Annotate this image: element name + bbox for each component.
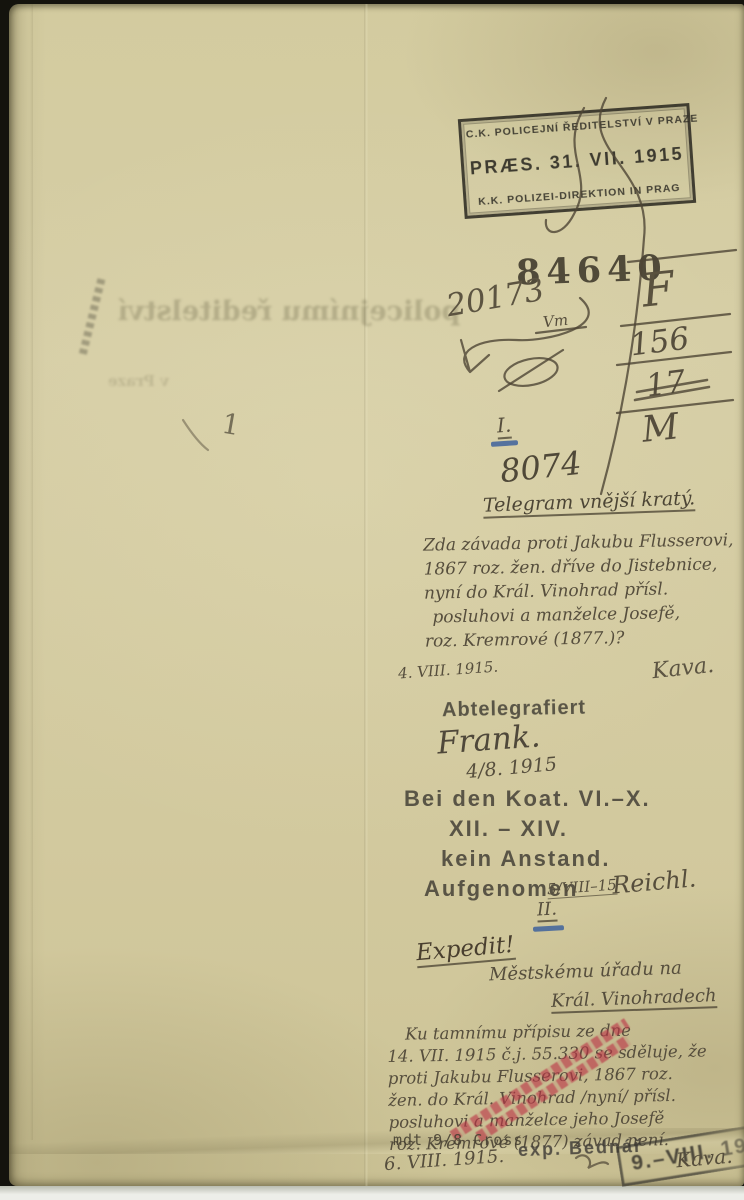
bleedthrough-text-2: v Praze <box>108 372 169 390</box>
vm-note: Vm <box>542 311 569 332</box>
section-2-label: II. <box>536 898 557 922</box>
abtelegrafiert-stamp: Abtelegrafiert <box>442 697 586 723</box>
fold-crease-vertical <box>364 4 368 1186</box>
praesidium-stamp-line3: K.K. POLIZEI-DIREKTION IN PRAG <box>470 181 688 208</box>
praesidium-stamp: C.K. POLICEJNÍ ŘEDITELSTVÍ V PRAZE PRÆS.… <box>458 103 696 219</box>
praesidium-stamp-date: PRÆS. 31. VII. 1915 <box>468 143 687 179</box>
bleedthrough-text: policejnímu ředitelství <box>118 296 460 327</box>
koat-stamp-line1: Bei den Koat. VI.–X. <box>404 786 651 812</box>
file-number-17-struck: 17 <box>644 364 688 405</box>
scanned-document: policejnímu ředitelství v Praze 1 C.K. P… <box>0 0 744 1200</box>
file-letter-m: M <box>640 406 681 451</box>
section-1-label: I. <box>496 413 512 440</box>
scanner-edge <box>0 1186 744 1200</box>
koat-stamp-line3: kein Anstand. <box>441 846 610 872</box>
mdt-note: mdt 9/8 Cross <box>393 1131 523 1149</box>
file-letter-f: F <box>639 260 676 317</box>
official-signature-2: Kava. <box>675 1144 733 1173</box>
query-paragraph: Zda závada proti Jakubu Flusserovi, 1867… <box>423 528 731 653</box>
fold-crease-left <box>30 4 33 1140</box>
praesidium-stamp-line1: C.K. POLICEJNÍ ŘEDITELSTVÍ V PRAZE <box>465 113 683 140</box>
file-number-156: 156 <box>628 321 691 364</box>
koat-stamp-line2: XII. – XIV. <box>449 816 568 842</box>
